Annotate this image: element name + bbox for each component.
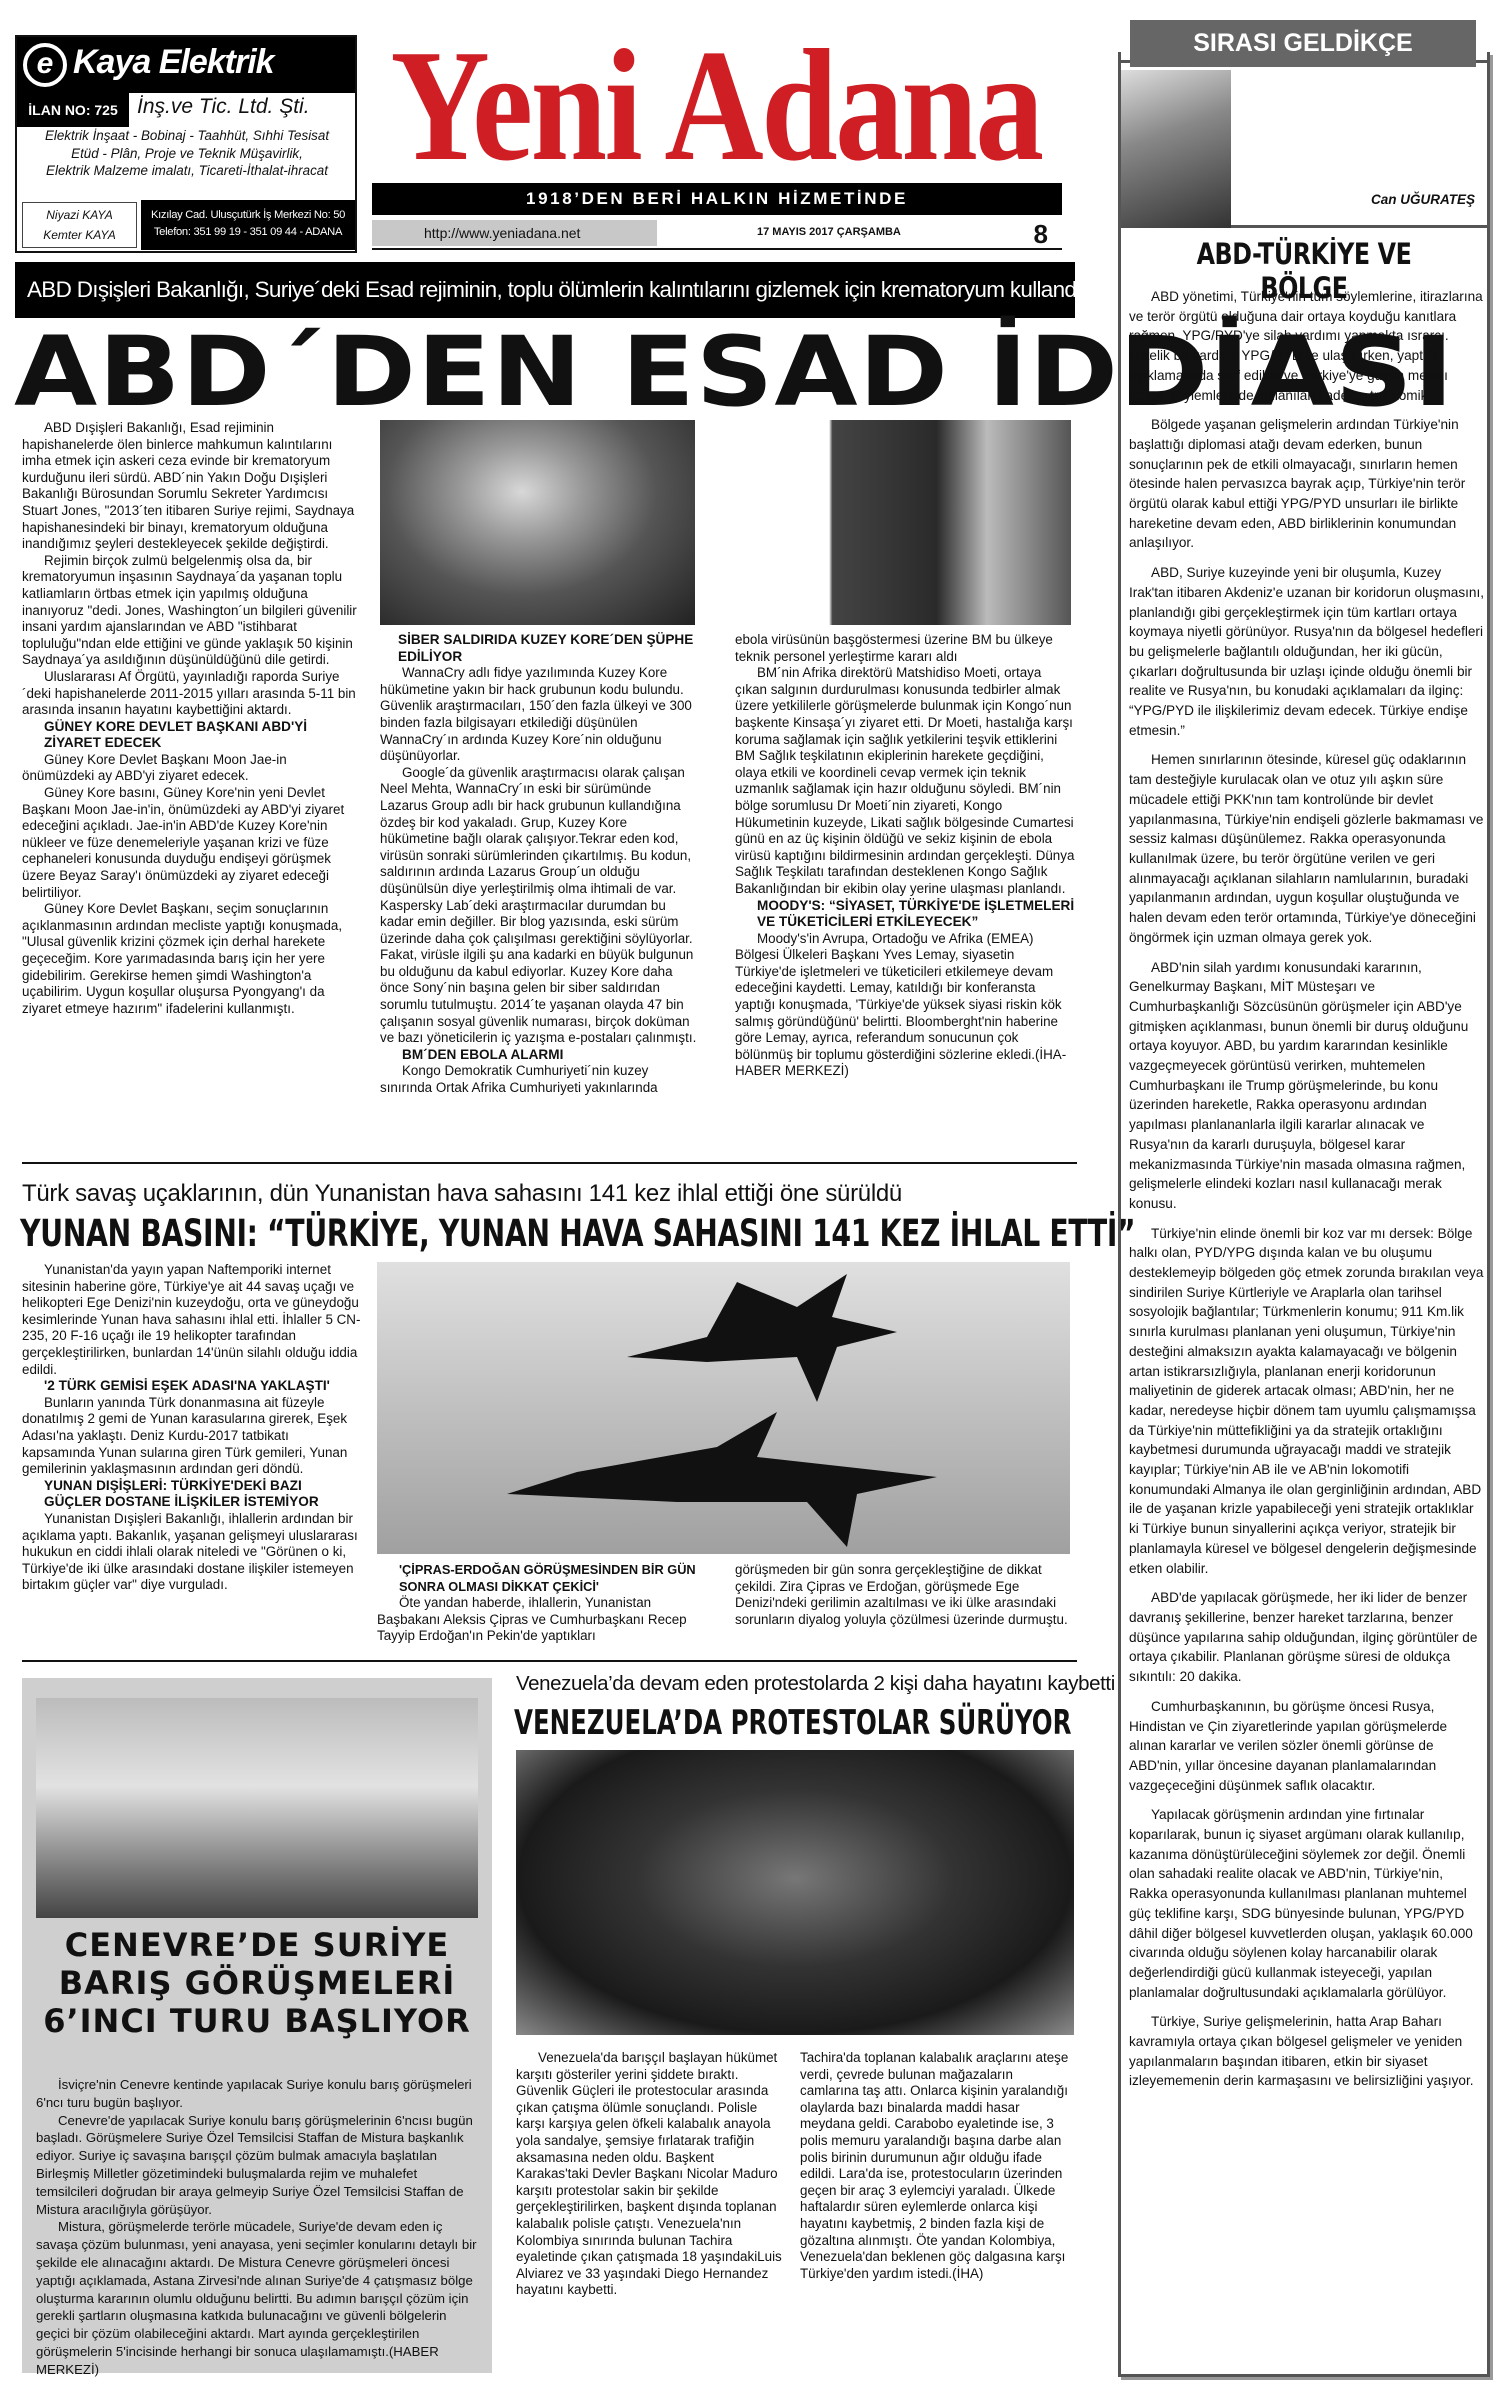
section-divider	[22, 1162, 1077, 1164]
venezuela-column-1: Venezuela'da barışçıl başlayan hükümet k…	[516, 2050, 786, 2299]
subheading: GÜNEY KORE DEVLET BAŞKANI ABD'Yİ ZİYARET…	[22, 719, 357, 752]
geneva-story-box: CENEVRE’DE SURİYE BARIŞ GÖRÜŞMELERİ 6’IN…	[22, 1678, 492, 2373]
geneva-body: İsviçre'nin Cenevre kentinde yapılacak S…	[36, 2076, 480, 2379]
kaya-elektrik-ad: e Kaya Elektrik İLAN NO: 725 İnş.ve Tic.…	[15, 35, 357, 253]
ad-names: Niyazi KAYA Kemter KAYA	[22, 202, 137, 248]
syria-smoke-photo	[36, 1698, 478, 1918]
greece-deck: Türk savaş uçaklarının, dün Yunanistan h…	[22, 1180, 902, 1208]
kaya-logo-icon: e	[23, 43, 67, 87]
moon-jae-in-photo	[735, 420, 1071, 625]
ad-brand: Kaya Elektrik	[73, 43, 274, 82]
website-link[interactable]: http://www.yeniadana.net	[372, 220, 657, 246]
venezuela-column-2: Tachira'da toplanan kalabalık araçlarını…	[800, 2050, 1075, 2282]
author-photo	[1121, 70, 1231, 228]
issue-date: 17 MAYIS 2017 ÇARŞAMBA	[757, 226, 901, 238]
section-divider	[22, 1660, 1077, 1662]
greece-headline: YUNAN BASINI: “TÜRKİYE, YUNAN HAVA SAHAS…	[20, 1212, 1135, 1255]
greece-column-2: 'ÇİPRAS-ERDOĞAN GÖRÜŞMESİNDEN BİR GÜN SO…	[377, 1562, 717, 1645]
f16-jets-photo	[377, 1262, 1070, 1554]
column-body: ABD yönetimi, Türkiye'nin tüm söylemleri…	[1129, 287, 1485, 2101]
lead-deck: ABD Dışişleri Bakanlığı, Suriye´deki Esa…	[15, 262, 1075, 318]
tagline: 1918’DEN BERİ HALKIN HİZMETİNDE	[372, 183, 1062, 215]
subheading: 'ÇİPRAS-ERDOĞAN GÖRÜŞMESİNDEN BİR GÜN SO…	[377, 1562, 717, 1595]
page-number: 8	[1034, 219, 1048, 250]
opinion-column: Can UĞURATEŞ ABD-TÜRKİYE VE BÖLGE ABD yö…	[1118, 52, 1490, 2377]
subheading: '2 TÜRK GEMİSİ EŞEK ADASI'NA YAKLAŞTI'	[22, 1378, 362, 1395]
subheading: YUNAN DIŞİŞLERİ: TÜRKİYE'DEKİ BAZI GÜÇLE…	[22, 1478, 362, 1511]
newspaper-logo: Yeni Adana	[372, 28, 1060, 183]
ad-address: Kızılay Cad. Ulusçutürk İş Merkezi No: 5…	[141, 200, 355, 250]
ad-services: Elektrik İnşaat - Bobinaj - Taahhüt, Sıh…	[21, 127, 353, 180]
venezuela-headline: VENEZUELA’DA PROTESTOLAR SÜRÜYOR	[514, 1703, 1071, 1743]
geneva-headline: CENEVRE’DE SURİYE BARIŞ GÖRÜŞMELERİ 6’IN…	[22, 1926, 492, 2040]
subheading: SİBER SALDIRIDA KUZEY KORE´DEN ŞÜPHE EDİ…	[380, 632, 698, 665]
subheading: BM´DEN EBOLA ALARMI	[380, 1047, 698, 1064]
jets-silhouette-icon	[377, 1262, 1070, 1554]
author-row: Can UĞURATEŞ	[1121, 70, 1487, 228]
burned-bus-photo	[516, 1750, 1074, 2035]
ad-company-suffix: İnş.ve Tic. Ltd. Şti.	[137, 95, 310, 119]
assad-photo	[380, 420, 695, 625]
venezuela-deck: Venezuela’da devam eden protestolarda 2 …	[516, 1672, 1115, 1696]
greece-column-1: Yunanistan'da yayın yapan Naftemporiki i…	[22, 1262, 362, 1594]
subheading: MOODY'S: “SİYASET, TÜRKİYE'DE İŞLETMELER…	[735, 898, 1075, 931]
greece-column-3: görüşmeden bir gün sonra gerçekleştiğine…	[735, 1562, 1075, 1628]
lead-column-2: SİBER SALDIRIDA KUZEY KORE´DEN ŞÜPHE EDİ…	[380, 632, 698, 1097]
url-bar: http://www.yeniadana.net 17 MAYIS 2017 Ç…	[372, 220, 1062, 250]
ad-header: e Kaya Elektrik	[17, 37, 355, 93]
author-name: Can UĞURATEŞ	[1371, 192, 1475, 207]
lead-column-3: ebola virüsünün başgöstermesi üzerine BM…	[735, 632, 1075, 1080]
lead-column-1: ABD Dışişleri Bakanlığı, Esad rejiminin …	[22, 420, 357, 1017]
ad-number: İLAN NO: 725	[17, 93, 129, 127]
